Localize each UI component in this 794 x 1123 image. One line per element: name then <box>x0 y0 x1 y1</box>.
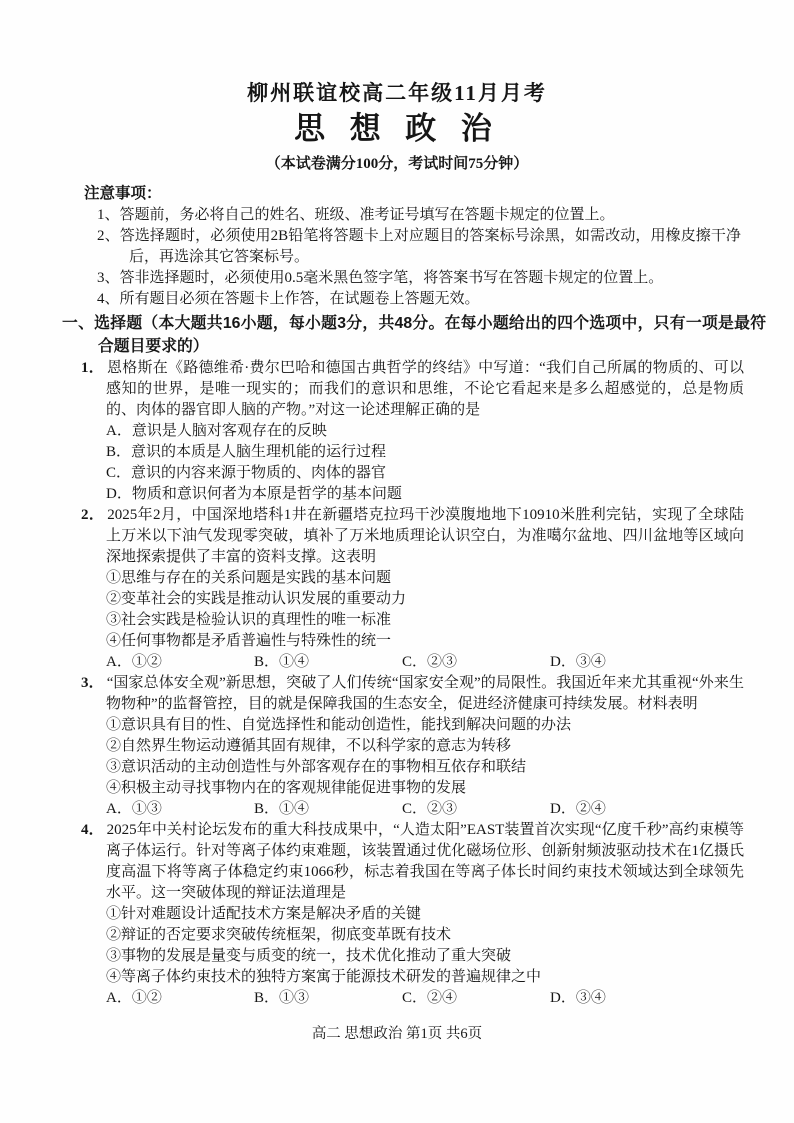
sub-item: ④积极主动寻找事物内在的客观规律能促进事物的发展 <box>106 778 744 799</box>
question-stem: 2．2025年2月，中国深地塔科1井在新疆塔克拉玛干沙漠腹地地下10910米胜利… <box>106 505 744 568</box>
option-item: B．①④ <box>254 799 402 820</box>
sub-item: ③事物的发展是量变与质变的统一，技术优化推动了重大突破 <box>106 946 744 967</box>
question-stem: 3．“国家总体安全观”新思想，突破了人们传统“国家安全观”的局限性。我国近年来尤… <box>106 673 744 715</box>
option-item: D．③④ <box>550 988 606 1009</box>
option-row: A．①② B．①④ C．②③ D．③④ <box>106 652 744 673</box>
option-item: A．意识是人脑对客观存在的反映 <box>106 421 744 442</box>
question-number: 2． <box>81 507 107 523</box>
question-stem-text: “国家总体安全观”新思想，突破了人们传统“国家安全观”的局限性。我国近年来尤其重… <box>106 675 744 712</box>
option-item: A．①③ <box>106 799 254 820</box>
sub-item: ④任何事物都是矛盾普遍性与特殊性的统一 <box>106 631 744 652</box>
sub-item: ②变革社会的实践是推动认识发展的重要动力 <box>106 589 744 610</box>
sub-item: ①思维与存在的关系问题是实践的基本问题 <box>106 568 744 589</box>
notice-item: 2、答选择题时，必须使用2B铅笔将答题卡上对应题目的答案标号涂黑，如需改动，用橡… <box>97 226 741 268</box>
page-footer: 高二 思想政治 第1页 共6页 <box>0 1024 794 1044</box>
option-item: C．②③ <box>402 652 550 673</box>
option-item: D．②④ <box>550 799 606 820</box>
option-item: B．①③ <box>254 988 402 1009</box>
question-2: 2．2025年2月，中国深地塔科1井在新疆塔克拉玛干沙漠腹地地下10910米胜利… <box>106 505 744 673</box>
option-item: C．意识的内容来源于物质的、肉体的器官 <box>106 463 744 484</box>
sub-item: ②辩证的否定要求突破传统框架，彻底变革既有技术 <box>106 925 744 946</box>
notice-item: 3、答非选择题时，必须使用0.5毫米黑色签字笔，将答案书写在答题卡规定的位置上。 <box>97 268 741 289</box>
option-item: D．物质和意识何者为本原是哲学的基本问题 <box>106 484 744 505</box>
question-number: 1． <box>81 360 107 376</box>
sub-item: ④等离子体约束技术的独特方案寓于能源技术研发的普遍规律之中 <box>106 967 744 988</box>
sub-item: ③意识活动的主动创造性与外部客观存在的事物相互依存和联结 <box>106 757 744 778</box>
question-number: 3． <box>81 675 107 691</box>
question-stem: 4．2025年中关村论坛发布的重大科技成果中，“人造太阳”EAST装置首次实现“… <box>106 820 744 904</box>
exam-paper-page: 柳州联谊校高二年级11月月考 思 想 政 治 （本试卷满分100分，考试时间75… <box>0 0 794 1123</box>
section-heading: 一、选择题（本大题共16小题，每小题3分，共48分。在每小题给出的四个选项中，只… <box>62 313 766 358</box>
question-3: 3．“国家总体安全观”新思想，突破了人们传统“国家安全观”的局限性。我国近年来尤… <box>106 673 744 820</box>
option-row: A．①③ B．①④ C．②③ D．②④ <box>106 799 744 820</box>
option-item: B．①④ <box>254 652 402 673</box>
option-item: C．②④ <box>402 988 550 1009</box>
option-item: A．①② <box>106 988 254 1009</box>
notice-item: 4、所有题目必须在答题卡上作答，在试题卷上答题无效。 <box>97 289 741 310</box>
sub-item: ①意识具有目的性、自觉选择性和能动创造性，能找到解决问题的办法 <box>106 715 744 736</box>
question-number: 4． <box>81 822 107 838</box>
option-row: A．①② B．①③ C．②④ D．③④ <box>106 988 744 1009</box>
exam-subject: 思 想 政 治 <box>0 110 794 148</box>
sub-item: ①针对难题设计适配技术方案是解决矛盾的关键 <box>106 904 744 925</box>
notice-heading: 注意事项： <box>84 183 794 205</box>
question-4: 4．2025年中关村论坛发布的重大科技成果中，“人造太阳”EAST装置首次实现“… <box>106 820 744 1009</box>
page-title: 柳州联谊校高二年级11月月考 <box>0 80 794 106</box>
question-1: 1．恩格斯在《路德维希·费尔巴哈和德国古典哲学的终结》中写道：“我们自己所属的物… <box>106 358 744 505</box>
option-item: A．①② <box>106 652 254 673</box>
option-item: C．②③ <box>402 799 550 820</box>
notice-item: 1、答题前，务必将自己的姓名、班级、准考证号填写在答题卡规定的位置上。 <box>97 205 741 226</box>
question-stem-text: 2025年中关村论坛发布的重大科技成果中，“人造太阳”EAST装置首次实现“亿度… <box>106 822 744 901</box>
option-item: B．意识的本质是人脑生理机能的运行过程 <box>106 442 744 463</box>
sub-item: ③社会实践是检验认识的真理性的唯一标准 <box>106 610 744 631</box>
exam-info-line: （本试卷满分100分，考试时间75分钟） <box>0 153 794 175</box>
sub-item: ②自然界生物运动遵循其固有规律，不以科学家的意志为转移 <box>106 736 744 757</box>
question-stem-text: 2025年2月，中国深地塔科1井在新疆塔克拉玛干沙漠腹地地下10910米胜利完钻… <box>106 507 744 565</box>
question-stem: 1．恩格斯在《路德维希·费尔巴哈和德国古典哲学的终结》中写道：“我们自己所属的物… <box>106 358 744 421</box>
option-item: D．③④ <box>550 652 606 673</box>
question-stem-text: 恩格斯在《路德维希·费尔巴哈和德国古典哲学的终结》中写道：“我们自己所属的物质的… <box>106 360 744 418</box>
